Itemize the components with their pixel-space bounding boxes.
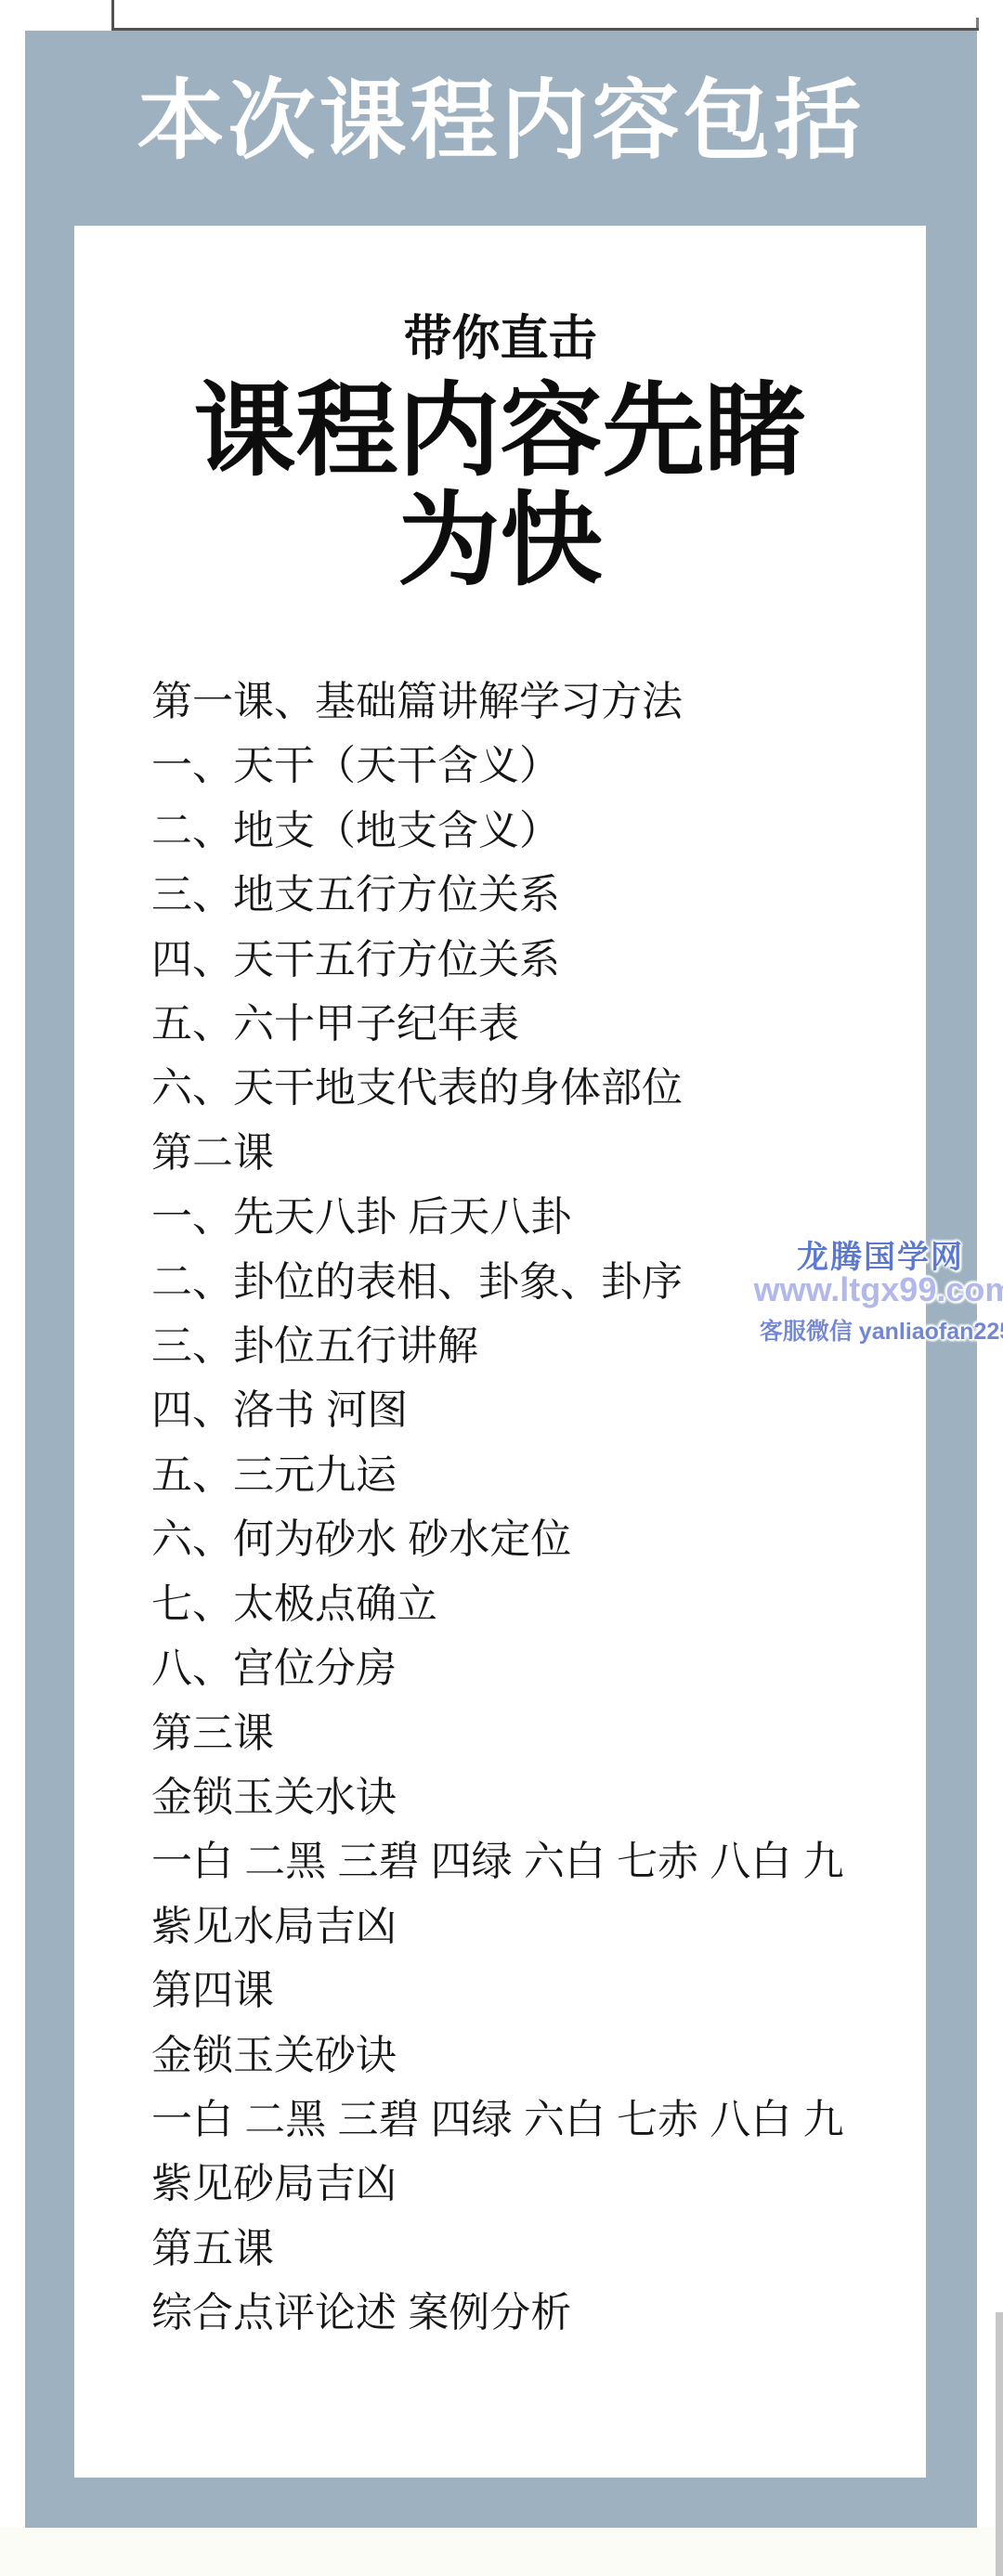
list-item: 第三课: [151, 1701, 926, 1765]
list-item: 第一课、基础篇讲解学习方法: [151, 670, 926, 734]
list-item: 紫见水局吉凶: [151, 1894, 926, 1958]
kicker-text: 带你直击: [74, 315, 926, 363]
scrollbar-thumb[interactable]: [996, 2312, 1003, 2576]
list-item: 第四课: [151, 1958, 926, 2023]
list-item: 二、地支（地支含义）: [151, 799, 926, 863]
content-card: 带你直击 课程内容先睹为快 第一课、基础篇讲解学习方法一、天干（天干含义）二、地…: [74, 226, 926, 2478]
list-item: 七、太极点确立: [151, 1572, 926, 1636]
list-item: 四、天干五行方位关系: [151, 928, 926, 992]
window-border-vertical: [111, 0, 114, 29]
list-item: 第二课: [151, 1121, 926, 1185]
list-item: 六、何为砂水 砂水定位: [151, 1507, 926, 1571]
card-title-line: 为快: [74, 487, 926, 596]
list-item: 金锁玉关水诀: [151, 1765, 926, 1829]
list-item: 一白 二黑 三碧 四绿 六白 七赤 八白 九: [151, 2088, 926, 2152]
watermark-contact: 客服微信 yanliaofan225: [760, 1313, 1003, 1347]
watermark-url: www.ltgx99.com: [754, 1270, 1003, 1309]
list-item: 综合点评论述 案例分析: [151, 2281, 926, 2345]
course-list: 第一课、基础篇讲解学习方法一、天干（天干含义）二、地支（地支含义）三、地支五行方…: [151, 670, 926, 2346]
list-item: 五、六十甲子纪年表: [151, 992, 926, 1056]
list-item: 一、天干（天干含义）: [151, 734, 926, 798]
list-item: 六、天干地支代表的身体部位: [151, 1056, 926, 1120]
list-item: 紫见砂局吉凶: [151, 2152, 926, 2216]
list-item: 第五课: [151, 2217, 926, 2281]
card-title: 课程内容先睹为快: [74, 377, 926, 596]
banner-title: 本次课程内容包括: [25, 60, 977, 181]
bottom-band: [0, 2528, 1003, 2576]
list-item: 三、地支五行方位关系: [151, 863, 926, 927]
list-item: 金锁玉关砂诀: [151, 2023, 926, 2088]
page: 本次课程内容包括 带你直击 课程内容先睹为快 第一课、基础篇讲解学习方法一、天干…: [0, 0, 1003, 2576]
list-item: 一白 二黑 三碧 四绿 六白 七赤 八白 九: [151, 1829, 926, 1893]
list-item: 八、宫位分房: [151, 1636, 926, 1700]
list-item: 四、洛书 河图: [151, 1378, 926, 1442]
card-title-line: 课程内容先睹: [74, 377, 926, 487]
list-item: 五、三元九运: [151, 1443, 926, 1507]
window-border-corner: [976, 18, 979, 28]
